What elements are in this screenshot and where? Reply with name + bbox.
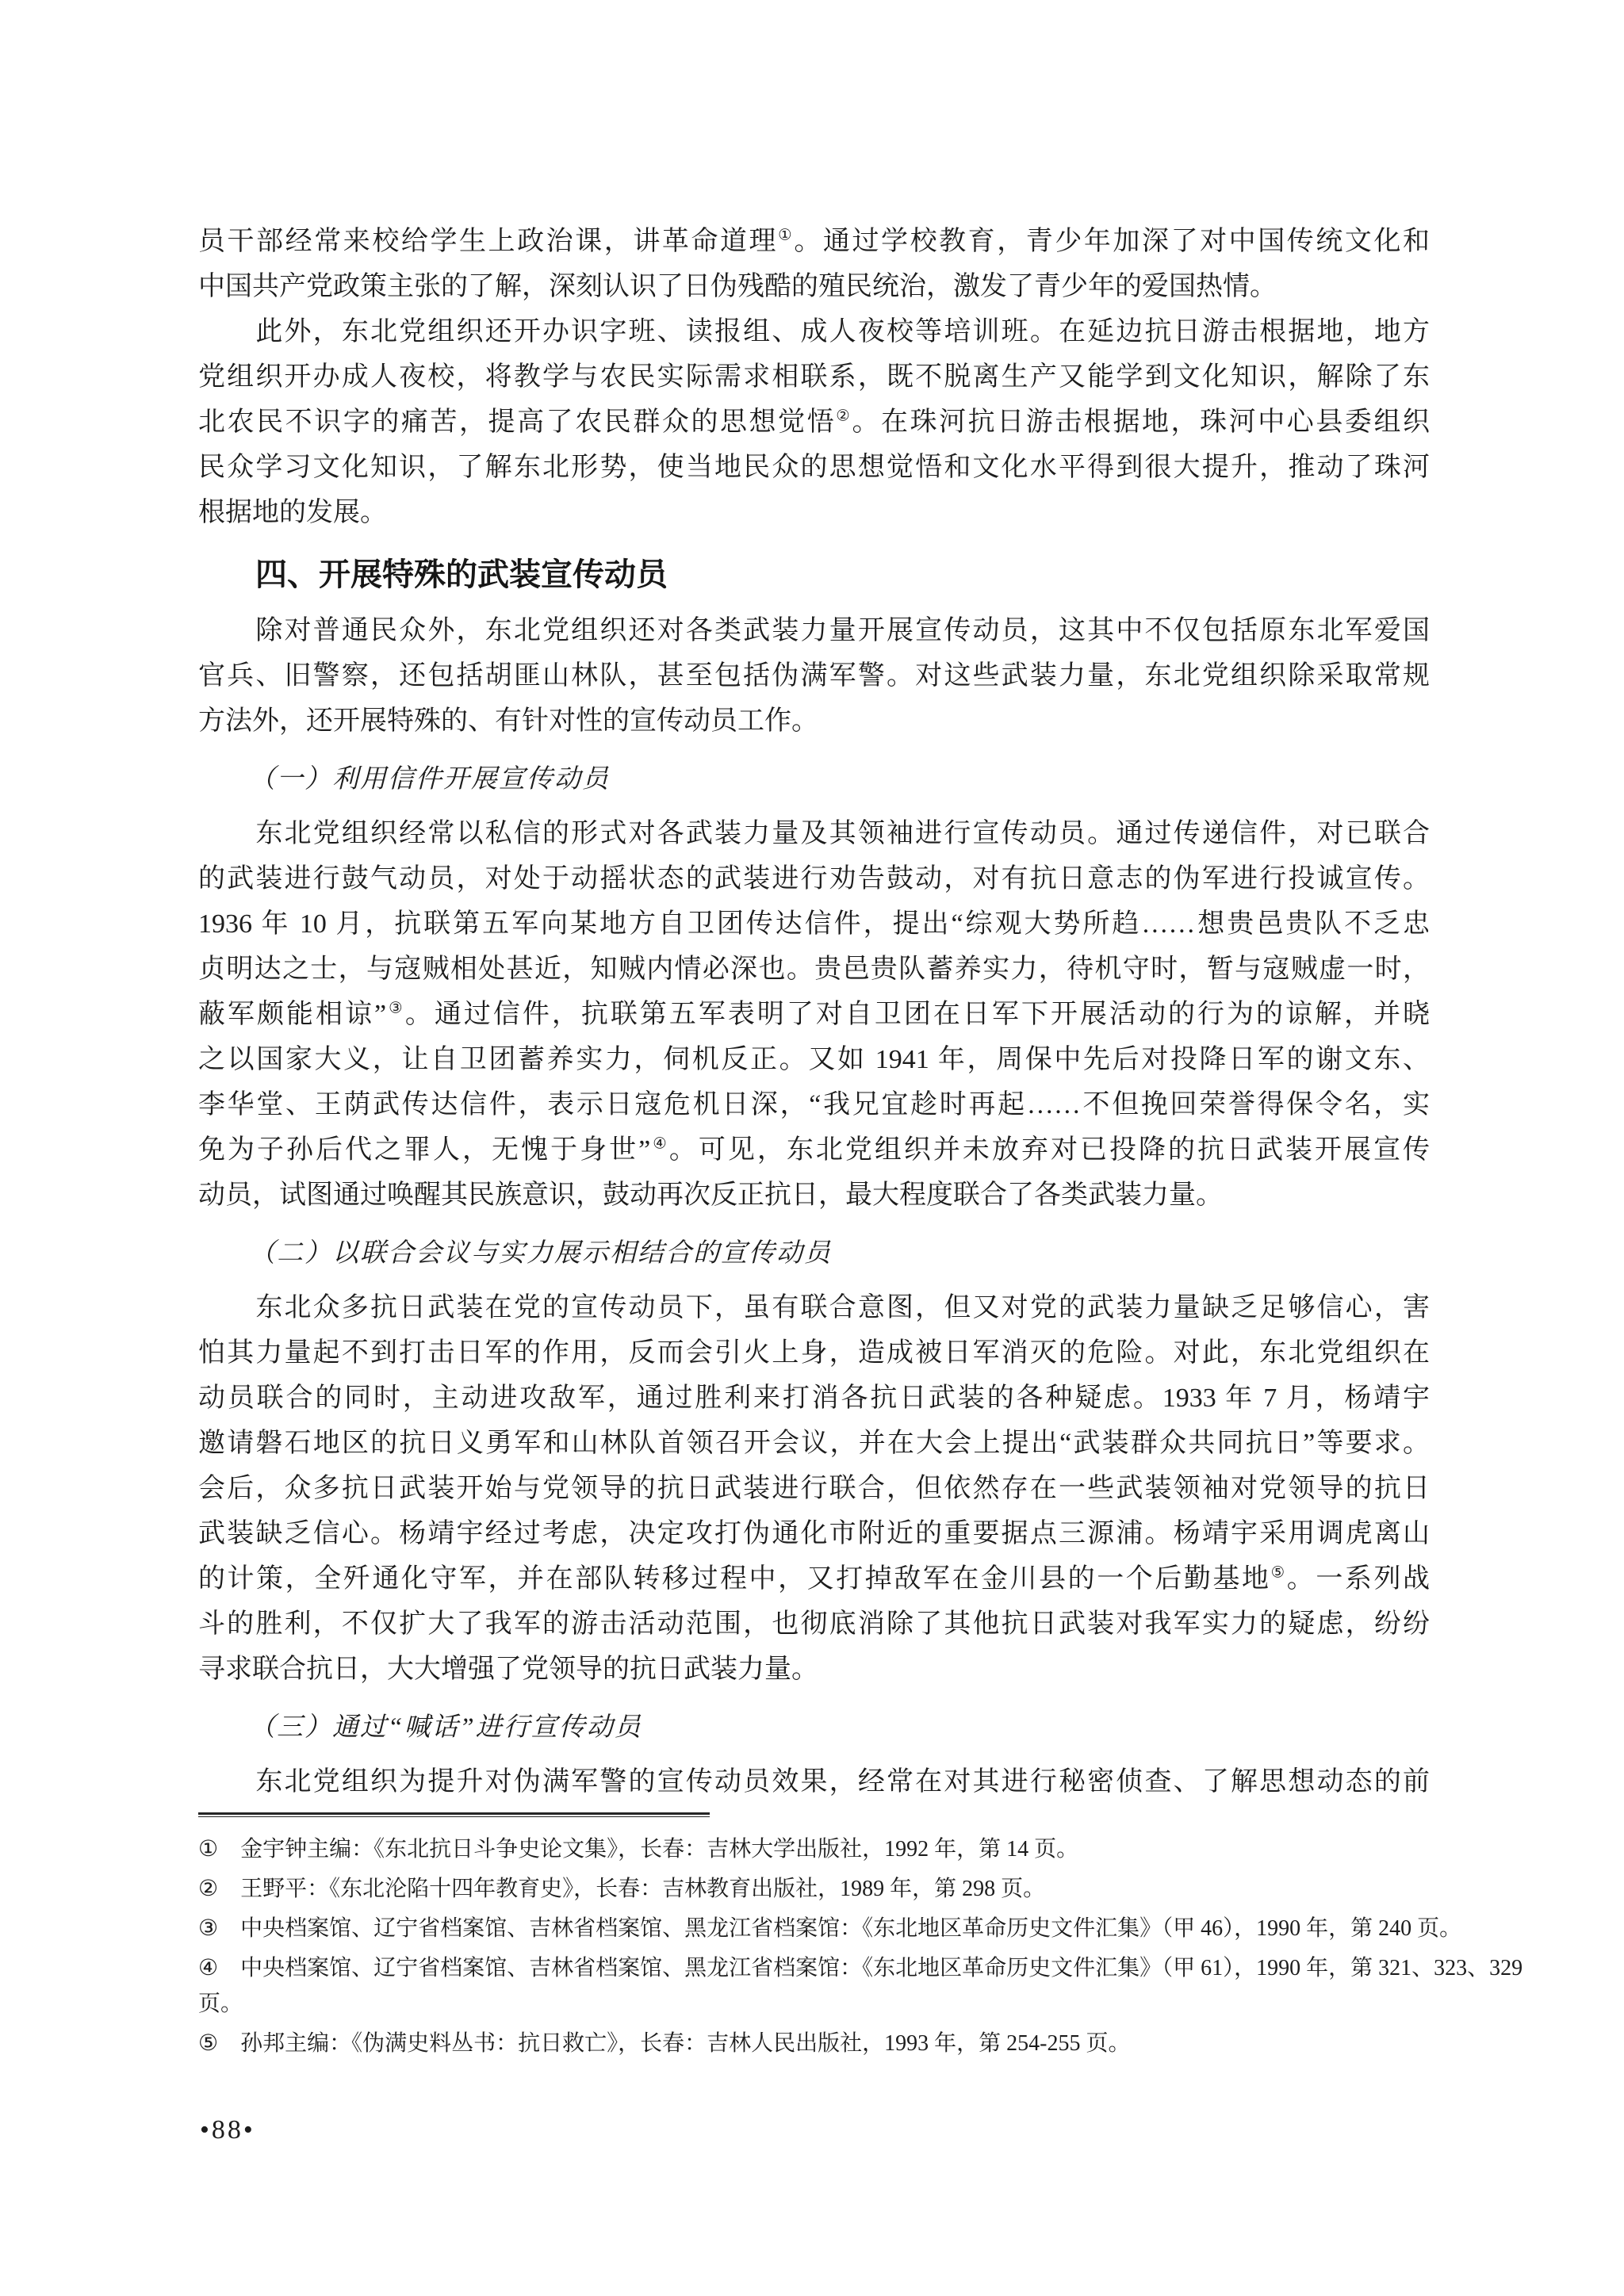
text-line: 东北众多抗日武装在党的宣传动员下，虽有联合意图，但又对党的武装力量缺乏足够信心，… [198,1285,1430,1330]
text-line: 东北党组织为提升对伪满军警的宣传动员效果，经常在对其进行秘密侦查、了解思想动态的… [198,1759,1430,1804]
footnote-marker: ① [198,1831,218,1867]
paragraph: 东北党组织为提升对伪满军警的宣传动员效果，经常在对其进行秘密侦查、了解思想动态的… [198,1759,1430,1804]
text-line: 1936 年 10 月，抗联第五军向某地方自卫团传达信件，提出“综观大势所趋……… [198,901,1430,947]
text-line: 武装缺乏信心。杨靖宇经过考虑，决定攻打伪通化市附近的重要据点三源浦。杨靖宇采用调… [198,1511,1430,1556]
footnote-marker: ③ [198,1911,218,1946]
paragraph: 东北党组织经常以私信的形式对各武装力量及其领袖进行宣传动员。通过传递信件，对已联… [198,811,1430,1218]
text-line: 怕其力量起不到打击日军的作用，反而会引火上身，造成被日军消灭的危险。对此，东北党… [198,1330,1430,1376]
section-heading: 四、开展特殊的武装宣传动员 [198,554,1430,595]
text-line: 动员，试图通过唤醒其民族意识，鼓动再次反正抗日，最大程度联合了各类武装力量。 [198,1173,1430,1218]
paragraph: 除对普通民众外，东北党组织还对各类武装力量开展宣传动员，这其中不仅包括原东北军爱… [198,608,1430,744]
text-line: 党组织开办成人夜校，将教学与农民实际需求相联系，既不脱离生产又能学到文化知识，解… [198,354,1430,400]
text-line: 东北党组织经常以私信的形式对各武装力量及其领袖进行宣传动员。通过传递信件，对已联… [198,811,1430,856]
footnote-ref: ④ [650,1135,669,1153]
text-line: 民众学习文化知识，了解东北形势，使当地民众的思想觉悟和文化水平得到很大提升，推动… [198,445,1430,490]
footnote-item: ②王野平：《东北沦陷十四年教育史》，长春：吉林教育出版社，1989 年，第 29… [198,1871,1530,1907]
footnote-item: ③中央档案馆、辽宁省档案馆、吉林省档案馆、黑龙江省档案馆：《东北地区革命历史文件… [198,1911,1530,1946]
footnote-text: 中央档案馆、辽宁省档案馆、吉林省档案馆、黑龙江省档案馆：《东北地区革命历史文件汇… [198,1956,1522,2016]
footnote-marker: ④ [198,1950,218,1986]
footnote-text: 孙邦主编：《伪满史料丛书：抗日救亡》，长春：吉林人民出版社，1993 年，第 2… [240,2031,1130,2056]
footnote-section: ①金宇钟主编：《东北抗日斗争史论文集》，长春：吉林大学出版社，1992 年，第 … [198,1812,1530,2065]
text-line: 斗的胜利，不仅扩大了我军的游击活动范围，也彻底消除了其他抗日武装对我军实力的疑虑… [198,1601,1430,1647]
text-line: 寻求联合抗日，大大增强了党领导的抗日武装力量。 [198,1647,1430,1692]
footnote-separator [198,1812,710,1817]
text-line: 方法外，还开展特殊的、有针对性的宣传动员工作。 [198,698,1430,744]
subsection-heading: （一）利用信件开展宣传动员 [198,757,1430,802]
text-line: 的计策，全歼通化守军，并在部队转移过程中，又打掉敌军在金川县的一个后勤基地⑤。一… [198,1556,1430,1601]
text-line: 除对普通民众外，东北党组织还对各类武装力量开展宣传动员，这其中不仅包括原东北军爱… [198,608,1430,653]
footnote-item: ①金宇钟主编：《东北抗日斗争史论文集》，长春：吉林大学出版社，1992 年，第 … [198,1831,1530,1867]
text-line: 中国共产党政策主张的了解，深刻认识了日伪残酷的殖民统治，激发了青少年的爱国热情。 [198,264,1430,309]
text-line: 之以国家大义，让自卫团蓄养实力，伺机反正。又如 1941 年，周保中先后对投降日… [198,1037,1430,1082]
paragraph: 此外，东北党组织还开办识字班、读报组、成人夜校等培训班。在延边抗日游击根据地，地… [198,309,1430,535]
document-page: 员干部经常来校给学生上政治课，讲革命道理①。通过学校教育，青少年加深了对中国传统… [0,0,1624,2296]
paragraph: 东北众多抗日武装在党的宣传动员下，虽有联合意图，但又对党的武装力量缺乏足够信心，… [198,1285,1430,1692]
page-number: •88• [200,2115,255,2145]
text-line: 官兵、旧警察，还包括胡匪山林队，甚至包括伪满军警。对这些武装力量，东北党组织除采… [198,653,1430,698]
subsection-heading: （三）通过“喊话”进行宣传动员 [198,1705,1430,1751]
text-line: 根据地的发展。 [198,490,1430,535]
footnote-ref: ② [836,408,852,425]
footnote-ref: ③ [386,1000,405,1017]
text-line: 贞明达之士，与寇贼相处甚近，知贼内情必深也。贵邑贵队蓄养实力，待机守时，暂与寇贼… [198,947,1430,992]
paragraph: 员干部经常来校给学生上政治课，讲革命道理①。通过学校教育，青少年加深了对中国传统… [198,219,1430,309]
text-line: 动员联合的同时，主动进攻敌军，通过胜利来打消各抗日武装的各种疑虑。1933 年 … [198,1376,1430,1421]
footnote-marker: ② [198,1871,218,1907]
text-line: 蔽军颇能相谅”③。通过信件，抗联第五军表明了对自卫团在日军下开展活动的行为的谅解… [198,992,1430,1037]
footnote-ref: ① [778,227,794,244]
text-line: 的武装进行鼓气动员，对处于动摇状态的武装进行劝告鼓动，对有抗日意志的伪军进行投诚… [198,856,1430,901]
text-line: 员干部经常来校给学生上政治课，讲革命道理①。通过学校教育，青少年加深了对中国传统… [198,219,1430,264]
text-line: 李华堂、王荫武传达信件，表示日寇危机日深，“我兄宜趁时再起……不但挽回荣誉得保令… [198,1082,1430,1127]
footnote-text: 金宇钟主编：《东北抗日斗争史论文集》，长春：吉林大学出版社，1992 年，第 1… [240,1837,1078,1862]
text-line: 会后，众多抗日武装开始与党领导的抗日武装进行联合，但依然存在一些武装领袖对党领导… [198,1466,1430,1511]
footnote-text: 王野平：《东北沦陷十四年教育史》，长春：吉林教育出版社，1989 年，第 298… [240,1877,1045,1901]
article-body: 员干部经常来校给学生上政治课，讲革命道理①。通过学校教育，青少年加深了对中国传统… [198,219,1430,1804]
footnote-ref: ⑤ [1271,1564,1287,1582]
subsection-heading: （二）以联合会议与实力展示相结合的宣传动员 [198,1231,1430,1276]
footnote-marker: ⑤ [198,2026,218,2061]
text-line: 邀请磐石地区的抗日义勇军和山林队首领召开会议，并在大会上提出“武装群众共同抗日”… [198,1421,1430,1466]
text-line: 免为子孙后代之罪人，无愧于身世”④。可见，东北党组织并未放弃对已投降的抗日武装开… [198,1127,1430,1173]
footnote-list: ①金宇钟主编：《东北抗日斗争史论文集》，长春：吉林大学出版社，1992 年，第 … [198,1831,1530,2061]
text-line: 此外，东北党组织还开办识字班、读报组、成人夜校等培训班。在延边抗日游击根据地，地… [198,309,1430,354]
text-line: 北农民不识字的痛苦，提高了农民群众的思想觉悟②。在珠河抗日游击根据地，珠河中心县… [198,400,1430,445]
footnote-item: ④中央档案馆、辽宁省档案馆、吉林省档案馆、黑龙江省档案馆：《东北地区革命历史文件… [198,1950,1530,2022]
footnote-text: 中央档案馆、辽宁省档案馆、吉林省档案馆、黑龙江省档案馆：《东北地区革命历史文件汇… [240,1916,1461,1941]
footnote-item: ⑤孙邦主编：《伪满史料丛书：抗日救亡》，长春：吉林人民出版社，1993 年，第 … [198,2026,1530,2061]
